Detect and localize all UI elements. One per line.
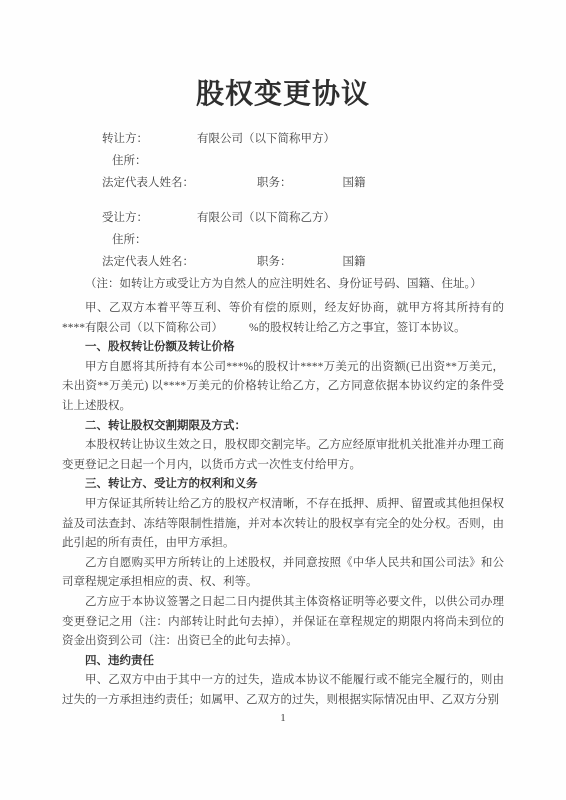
blank-fill <box>223 330 249 331</box>
party-a-label: 转让方： <box>102 133 148 145</box>
blank-fill <box>194 264 257 265</box>
page-number: 1 <box>62 711 504 726</box>
party-a-name: 有限公司（以下简称甲方） <box>197 133 335 145</box>
party-a-legal-rep-line: 法定代表人姓名：职务：国籍 <box>62 172 504 194</box>
section-3-paragraph-1: 甲方保证其所转让给乙方的股权产权清晰，不存在抵押、质押、留置或其他担保权益及司法… <box>62 495 504 554</box>
party-b-label: 受让方： <box>102 212 148 224</box>
intro-paragraph: 甲、乙双方本着平等互利、等价有偿的原则，经友好协商，就甲方将其所持有的****有… <box>62 299 504 338</box>
party-b-address-line: 住所： <box>62 229 504 251</box>
blank-fill <box>148 141 197 142</box>
party-b-block: 受让方：有限公司（以下简称乙方） 住所： 法定代表人姓名：职务：国籍 （注：如转… <box>62 207 504 295</box>
party-a-address-label: 住所： <box>112 155 147 167</box>
party-a-nationality-label: 国籍 <box>343 177 366 189</box>
section-4-paragraph: 甲、乙双方中由于其中一方的过失，造成本协议不能履行或不能完全履行的，则由过失的一… <box>62 671 504 710</box>
blank-fill <box>148 220 197 221</box>
party-b-address-label: 住所： <box>112 234 147 246</box>
section-3-heading: 三、转让方、受让方的权利和义务 <box>62 475 504 495</box>
section-2-heading: 二、转让股权交割期限及方式： <box>62 417 504 437</box>
natural-person-note: （注：如转让方或受让方为自然人的应注明姓名、身份证号码、国籍、住址。） <box>62 273 504 295</box>
section-4-heading: 四、违约责任 <box>62 652 504 672</box>
party-b-name: 有限公司（以下简称乙方） <box>197 212 335 224</box>
intro-text-after-blank: %的股权转让给乙方之事宜，签订本协议。 <box>249 322 466 334</box>
party-a-position-label: 职务： <box>257 177 292 189</box>
document-page: 股权变更协议 转让方：有限公司（以下简称甲方） 住所： 法定代表人姓名：职务：国… <box>0 0 566 800</box>
party-a-name-line: 转让方：有限公司（以下简称甲方） <box>62 128 504 150</box>
party-a-block: 转让方：有限公司（以下简称甲方） 住所： 法定代表人姓名：职务：国籍 <box>62 128 504 194</box>
party-a-legal-rep-label: 法定代表人姓名： <box>102 177 194 189</box>
party-b-nationality-label: 国籍 <box>343 256 366 268</box>
section-2-paragraph: 本股权转让协议生效之日，股权即交割完毕。乙方应经原审批机关批准并办理工商变更登记… <box>62 436 504 475</box>
section-3-paragraph-2: 乙方自愿购买甲方所转让的上述股权，并同意按照《中华人民共和国公司法》和公司章程规… <box>62 554 504 593</box>
party-b-legal-rep-line: 法定代表人姓名：职务：国籍 <box>62 251 504 273</box>
document-title: 股权变更协议 <box>62 78 504 112</box>
section-3-paragraph-3: 乙方应于本协议签署之日起二日内提供其主体资格证明等必要文件，以供公司办理变更登记… <box>62 593 504 652</box>
blank-fill <box>194 185 257 186</box>
party-b-position-label: 职务： <box>257 256 292 268</box>
blank-fill <box>292 185 343 186</box>
party-b-legal-rep-label: 法定代表人姓名： <box>102 256 194 268</box>
section-1-paragraph: 甲方自愿将其所持有本公司***%的股权计****万美元的出资额(已出资**万美元… <box>62 358 504 417</box>
section-1-heading: 一、股权转让份额及转让价格 <box>62 338 504 358</box>
blank-fill <box>292 264 343 265</box>
party-b-name-line: 受让方：有限公司（以下简称乙方） <box>62 207 504 229</box>
party-a-address-line: 住所： <box>62 150 504 172</box>
